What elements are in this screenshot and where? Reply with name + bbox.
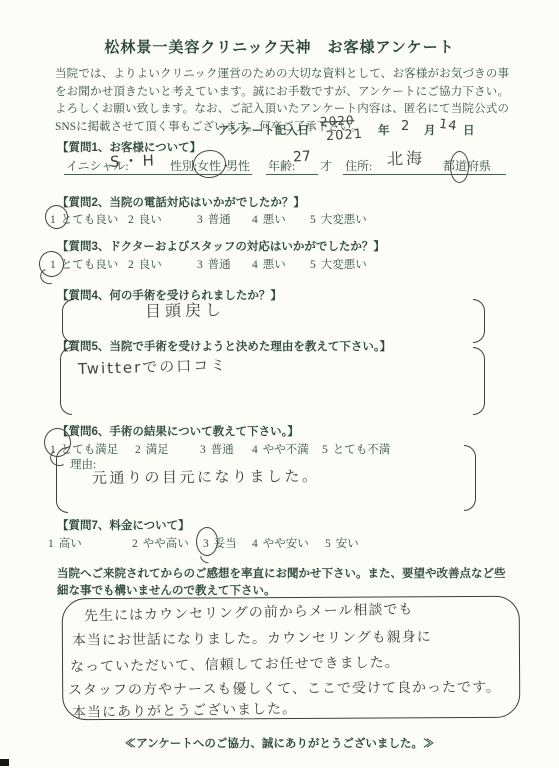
underline: [266, 174, 318, 175]
handwritten-q4-answer: 目頭戻し: [145, 297, 225, 321]
q7-option-1: 1高い: [48, 535, 82, 551]
option-number: 1: [48, 538, 54, 550]
question-5-header: 【質問5、当院で手術を受けようと決めた理由を教えて下さい。】: [57, 338, 391, 354]
handwritten-year-crossed-out: 2020: [320, 113, 355, 129]
survey-form-scan: 松林景一美容クリニック天神 お客様アンケート 当院では、よりよいクリニック運営の…: [0, 0, 559, 768]
question-3-options: 1とても良い 2良い 3普通 4悪い 5大変悪い: [0, 256, 559, 272]
option-number: 2: [128, 259, 134, 271]
option-number: 3: [200, 444, 206, 456]
option-label: とても不満: [333, 444, 391, 456]
answer-bracket-left: [56, 447, 68, 513]
handwritten-comment-line: スタッフの方やナースも優しくて、ここで受けて良かったです。: [68, 676, 501, 699]
answer-bracket-left: [60, 347, 72, 415]
q3-option-4: 4悪い: [252, 256, 286, 272]
handwritten-q6-reason: 元通りの目元になりました。: [92, 465, 320, 488]
underline: [343, 174, 506, 175]
question-2-options: 1とても良い 2良い 3普通 4悪い 5大変悪い: [0, 211, 559, 227]
option-number: 3: [197, 259, 203, 271]
option-label: 普通: [211, 444, 234, 456]
option-number: 4: [252, 444, 258, 456]
option-number: 2: [135, 444, 141, 456]
option-label: やや高い: [143, 538, 189, 550]
q7-option-2: 2やや高い: [132, 535, 189, 551]
option-number: 5: [325, 538, 331, 550]
q3-option-2: 2良い: [128, 256, 162, 272]
option-label: やや不満: [263, 444, 309, 456]
q7-option-4: 4やや安い: [252, 535, 309, 551]
page-title: 松林景一美容クリニック天神 お客様アンケート: [0, 36, 559, 57]
option-label: とても良い: [61, 214, 119, 226]
option-number: 4: [252, 214, 258, 226]
option-label: やや安い: [263, 538, 309, 550]
q6-option-4: 4やや不満: [252, 441, 309, 457]
handwritten-year: 2021: [326, 127, 364, 145]
option-number: 5: [322, 444, 328, 456]
option-number: 2: [132, 538, 138, 550]
option-label: 満足: [146, 444, 169, 456]
option-number: 5: [310, 214, 316, 226]
handwritten-day: 14: [438, 117, 458, 134]
q2-option-3: 3普通: [197, 211, 231, 227]
answer-bracket-right: [464, 445, 476, 511]
option-number: 3: [197, 214, 203, 226]
option-number: 5: [310, 259, 316, 271]
option-label: 大変悪い: [321, 259, 367, 271]
option-number: 2: [128, 214, 134, 226]
handwritten-initial: S・H: [110, 149, 159, 172]
underline: [64, 174, 172, 175]
date-entry-label: アンケート記入日: [218, 122, 309, 138]
gender-option-male: 男性: [226, 157, 250, 174]
age-label: 年齢:: [268, 157, 295, 174]
option-number: 4: [252, 538, 258, 550]
option-label: 安い: [336, 538, 359, 550]
option-label: 大変悪い: [321, 214, 367, 226]
q2-option-2: 2良い: [128, 211, 162, 227]
day-unit-label: 日: [463, 122, 475, 138]
footer-thanks: ≪アンケートへのご協力、誠にありがとうございました。≫: [0, 735, 559, 751]
question-7-options: 1高い 2やや高い 3妥当 4やや安い 5安い: [0, 535, 559, 551]
option-label: 悪い: [263, 259, 286, 271]
q6-option-5: 5とても不満: [322, 441, 390, 457]
option-label: とても良い: [61, 259, 119, 271]
option-label: 良い: [139, 259, 162, 271]
q6-option-2: 2満足: [135, 441, 169, 457]
handwritten-address: 北海: [387, 145, 426, 169]
handwritten-comment-line: 本当にお世話になりました。カウンセリングも親身に: [72, 626, 432, 650]
pen-circle-prefecture-do: [450, 151, 469, 183]
scan-artifact: [0, 759, 9, 766]
question-2-header: 【質問2、当院の電話対応はいかがでしたか？】: [57, 194, 305, 210]
year-unit-label: 年: [378, 122, 390, 138]
month-unit-label: 月: [424, 122, 436, 138]
handwritten-comment-line: 本当にありがとうございました。: [72, 698, 297, 722]
age-unit-label: 才: [320, 157, 332, 174]
address-label: 住所:: [345, 157, 372, 174]
handwritten-q5-answer: Twitterでの口コミ: [78, 354, 228, 379]
q2-option-4: 4悪い: [252, 211, 286, 227]
question-3-header: 【質問3、ドクターおよびスタッフの対応はいかがでしたか？】: [57, 238, 385, 254]
q7-option-5: 5安い: [325, 535, 359, 551]
option-number: 4: [252, 259, 258, 271]
question-6-header: 【質問6、手術の結果について教えて下さい。】: [57, 423, 299, 439]
answer-bracket-right: [473, 347, 485, 415]
q3-option-5: 5大変悪い: [310, 256, 367, 272]
q2-option-5: 5大変悪い: [310, 211, 367, 227]
option-label: 良い: [139, 214, 162, 226]
comment-instruction: 当院へご来院されてからのご感想を率直にお聞かせ下さい。また、要望や改善点など些細…: [57, 566, 513, 600]
q6-option-3: 3普通: [200, 441, 234, 457]
option-label: 普通: [208, 214, 231, 226]
answer-bracket-left: [62, 299, 74, 343]
handwritten-month: 2: [401, 119, 409, 134]
question-7-header: 【質問7、料金について】: [57, 517, 190, 533]
option-label: 悪い: [263, 214, 286, 226]
option-label: 高い: [59, 538, 82, 550]
answer-bracket-right: [473, 299, 485, 343]
option-label: 普通: [208, 259, 231, 271]
handwritten-age: 27: [293, 149, 312, 166]
q3-option-3: 3普通: [197, 256, 231, 272]
